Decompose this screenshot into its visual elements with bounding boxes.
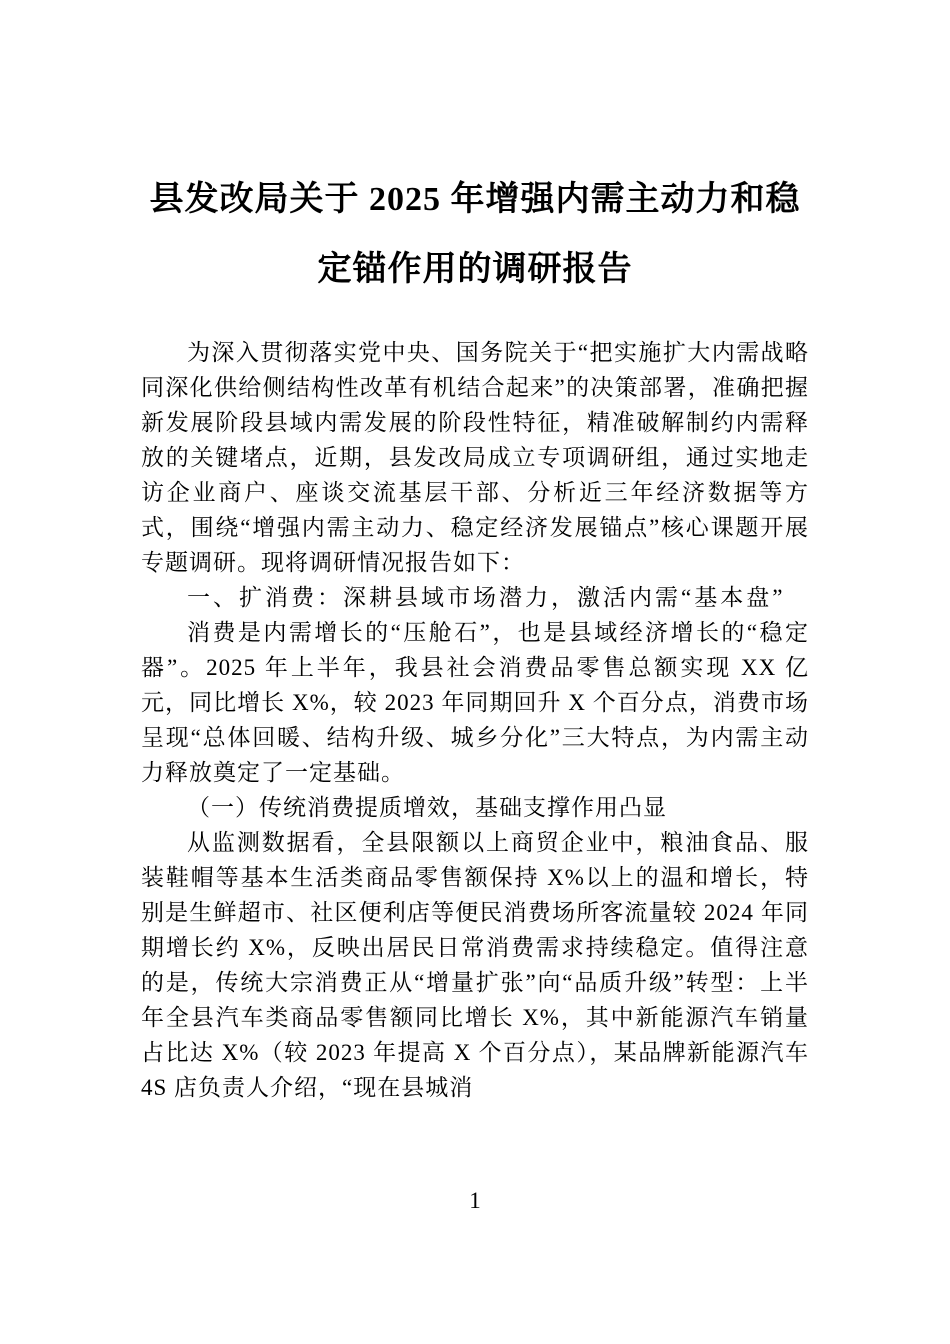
title-line-1: 县发改局关于 2025 年增强内需主动力和稳 bbox=[141, 165, 809, 235]
document-title: 县发改局关于 2025 年增强内需主动力和稳 定锚作用的调研报告 bbox=[141, 165, 809, 305]
paragraph-traditional-consumption-detail: 从监测数据看，全县限额以上商贸企业中，粮油食品、服装鞋帽等基本生活类商品零售额保… bbox=[141, 825, 809, 1105]
paragraph-consumption-overview: 消费是内需增长的“压舱石”，也是县域经济增长的“稳定器”。2025 年上半年，我… bbox=[141, 615, 809, 790]
title-line-2: 定锚作用的调研报告 bbox=[141, 235, 809, 305]
subsection-heading-traditional-consumption: （一）传统消费提质增效，基础支撑作用凸显 bbox=[141, 790, 809, 825]
page-number: 1 bbox=[0, 1188, 950, 1214]
section-heading-expand-consumption: 一、扩消费：深耕县域市场潜力，激活内需“基本盘” bbox=[141, 580, 809, 615]
document-body: 为深入贯彻落实党中央、国务院关于“把实施扩大内需战略同深化供给侧结构性改革有机结… bbox=[141, 335, 809, 1177]
document-page: 县发改局关于 2025 年增强内需主动力和稳 定锚作用的调研报告 为深入贯彻落实… bbox=[0, 0, 950, 1344]
paragraph-intro: 为深入贯彻落实党中央、国务院关于“把实施扩大内需战略同深化供给侧结构性改革有机结… bbox=[141, 335, 809, 580]
document-content: 县发改局关于 2025 年增强内需主动力和稳 定锚作用的调研报告 为深入贯彻落实… bbox=[141, 165, 809, 1177]
